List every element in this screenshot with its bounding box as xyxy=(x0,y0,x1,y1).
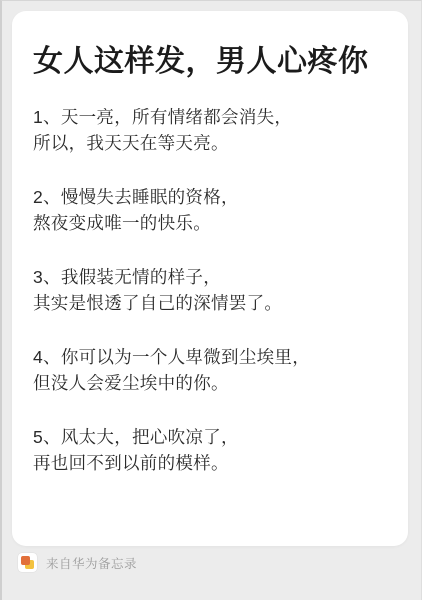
note-line: 4、你可以为一个人卑微到尘埃里， xyxy=(33,344,388,370)
source-label: 来自华为备忘录 xyxy=(46,554,137,572)
note-line: 5、风太大，把心吹凉了， xyxy=(33,424,388,450)
note-line: 所以，我天天在等天亮。 xyxy=(33,130,388,156)
note-title: 女人这样发，男人心疼你 xyxy=(33,42,388,82)
source-attribution: 来自华为备忘录 xyxy=(18,553,137,572)
notes-icon-orange-square xyxy=(21,556,30,565)
note-item: 1、天一亮，所有情绪都会消失， 所以，我天天在等天亮。 xyxy=(33,104,388,156)
note-item: 4、你可以为一个人卑微到尘埃里， 但没人会爱尘埃中的你。 xyxy=(33,344,388,396)
note-line: 再也回不到以前的模样。 xyxy=(33,450,388,476)
note-item: 5、风太大，把心吹凉了， 再也回不到以前的模样。 xyxy=(33,424,388,476)
note-item: 3、我假装无情的样子， 其实是恨透了自己的深情罢了。 xyxy=(33,264,388,316)
note-line: 1、天一亮，所有情绪都会消失， xyxy=(33,104,388,130)
note-line: 熬夜变成唯一的快乐。 xyxy=(33,210,388,236)
note-line: 其实是恨透了自己的深情罢了。 xyxy=(33,290,388,316)
note-item: 2、慢慢失去睡眠的资格， 熬夜变成唯一的快乐。 xyxy=(33,184,388,236)
note-line: 但没人会爱尘埃中的你。 xyxy=(33,370,388,396)
note-line: 3、我假装无情的样子， xyxy=(33,264,388,290)
huawei-notes-icon xyxy=(18,553,37,572)
note-card: 女人这样发，男人心疼你 1、天一亮，所有情绪都会消失， 所以，我天天在等天亮。 … xyxy=(12,11,408,546)
note-line: 2、慢慢失去睡眠的资格， xyxy=(33,184,388,210)
